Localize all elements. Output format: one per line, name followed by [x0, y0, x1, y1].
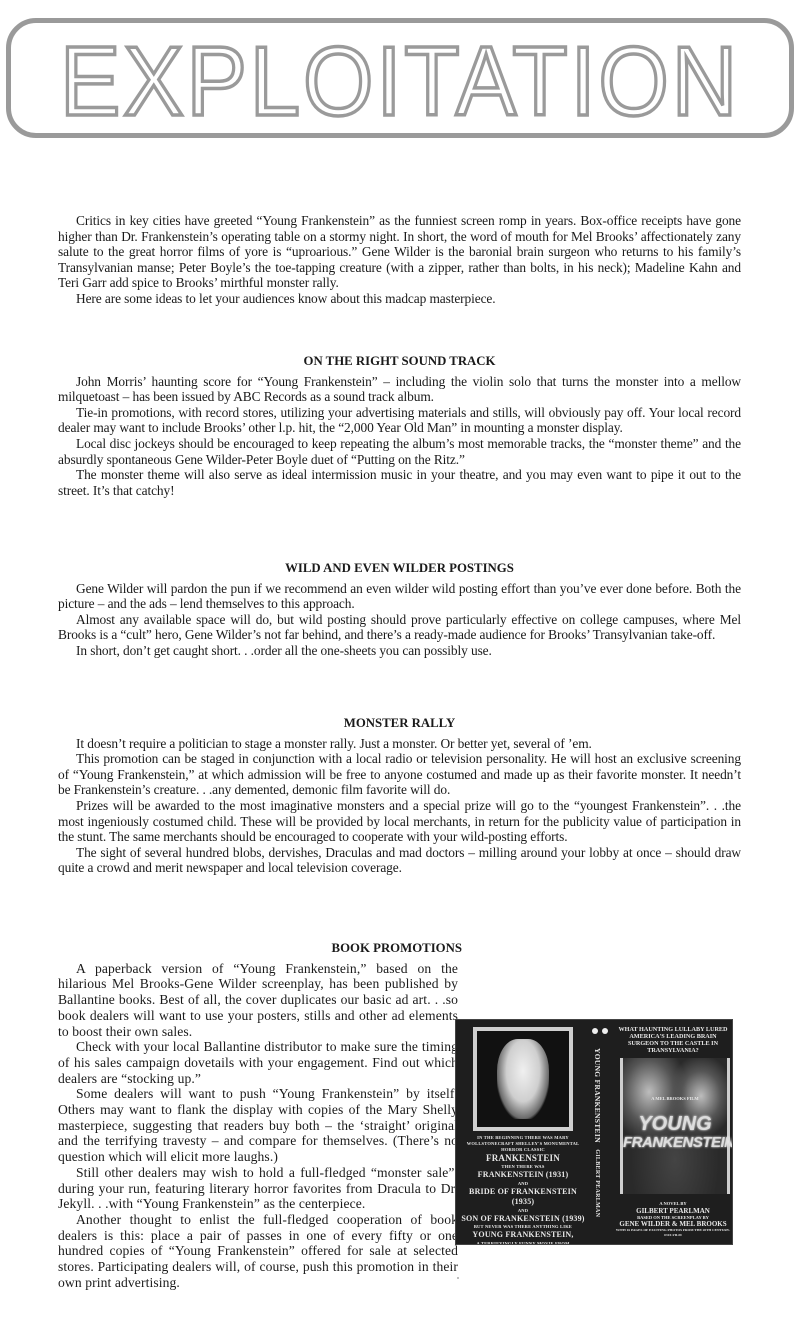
credit-author: GILBERT PEARLMAN: [614, 1207, 732, 1215]
section-heading: WILD AND EVEN WILDER POSTINGS: [58, 561, 741, 577]
section-paragraph: Check with your local Ballantine distrib…: [58, 1039, 458, 1086]
intro-paragraph: Critics in key cities have greeted “Youn…: [58, 213, 741, 291]
intro-paragraph: Here are some ideas to let your audience…: [58, 291, 741, 307]
intro-section: Critics in key cities have greeted “Youn…: [58, 213, 741, 307]
section-paragraph: Tie-in promotions, with record stores, u…: [58, 405, 741, 436]
book-back-cover: IN THE BEGINNING THERE WAS MARY WOLLSTON…: [456, 1020, 588, 1244]
front-title: YOUNG FRANKENSTEIN: [623, 1114, 727, 1151]
section-paragraph: In short, don’t get caught short. . .ord…: [58, 643, 741, 659]
title-line: YOUNG: [623, 1114, 727, 1134]
section-paragraph: John Morris’ haunting score for “Young F…: [58, 374, 741, 405]
title-line: FRANKENSTEIN: [623, 1134, 727, 1151]
spine-author: GILBERT PEARLMAN: [594, 1149, 600, 1217]
publisher-logo-icon: [592, 1028, 598, 1034]
section-book-promotions: BOOK PROMOTIONS A paperback version of “…: [58, 941, 458, 1290]
masthead-title: EXPLOITATION: [60, 26, 740, 133]
book-spine: YOUNG FRANKENSTEIN GILBERT PEARLMAN: [590, 1020, 612, 1244]
section-paragraph: Some dealers will want to push “Young Fr…: [58, 1086, 458, 1165]
back-line: SON OF FRANKENSTEIN (1939): [458, 1214, 588, 1225]
credit-screenwriters: GENE WILDER & MEL BROOKS: [614, 1220, 732, 1228]
masthead-banner: EXPLOITATION: [6, 18, 794, 138]
book-cover-image: IN THE BEGINNING THERE WAS MARY WOLLSTON…: [455, 1019, 733, 1245]
section-paragraph: The sight of several hundred blobs, derv…: [58, 845, 741, 876]
section-paragraph: Gene Wilder will pardon the pun if we re…: [58, 581, 741, 612]
spine-text: YOUNG FRANKENSTEIN GILBERT PEARLMAN: [593, 1048, 602, 1217]
masthead-title-graphic: EXPLOITATION: [11, 23, 789, 133]
back-line: FRANKENSTEIN: [458, 1153, 588, 1164]
section-paragraph: A paperback version of “Young Frankenste…: [58, 961, 458, 1040]
film-credit: A MEL BROOKS FILM: [623, 1096, 727, 1101]
section-paragraph: The monster theme will also serve as ide…: [58, 467, 741, 498]
front-cover-art: A MEL BROOKS FILM YOUNG FRANKENSTEIN: [620, 1058, 730, 1194]
section-paragraph: Prizes will be awarded to the most imagi…: [58, 798, 741, 845]
section-paragraph: Almost any available space will do, but …: [58, 612, 741, 643]
print-speck: [457, 1277, 459, 1279]
back-connector: A TERRIFYINGLY FUNNY MOVIE FROM: [458, 1241, 588, 1246]
section-heading: MONSTER RALLY: [58, 716, 741, 732]
section-monster-rally: MONSTER RALLY It doesn’t require a polit…: [58, 716, 741, 876]
back-intro: IN THE BEGINNING THERE WAS MARY WOLLSTON…: [458, 1135, 588, 1153]
book-front-cover: WHAT HAUNTING LULLABY LURED AMERICA'S LE…: [614, 1020, 732, 1244]
front-tagline: WHAT HAUNTING LULLABY LURED AMERICA'S LE…: [614, 1026, 732, 1054]
section-paragraph: It doesn’t require a politician to stage…: [58, 736, 741, 752]
section-paragraph: Another thought to enlist the full-fledg…: [58, 1212, 458, 1291]
spine-title: YOUNG FRANKENSTEIN: [593, 1048, 602, 1143]
credit-small: WITH 16 PAGES OF EXCITING PHOTOS FROM TH…: [614, 1228, 732, 1237]
section-heading: ON THE RIGHT SOUND TRACK: [58, 354, 741, 370]
back-line: FRANKENSTEIN (1931): [458, 1170, 588, 1181]
publisher-logo-icon: [602, 1028, 608, 1034]
section-sound-track: ON THE RIGHT SOUND TRACK John Morris’ ha…: [58, 354, 741, 498]
back-line: YOUNG FRANKENSTEIN,: [458, 1230, 588, 1241]
back-line: BRIDE OF FRANKENSTEIN (1935): [458, 1187, 588, 1208]
back-cover-blurb: IN THE BEGINNING THERE WAS MARY WOLLSTON…: [458, 1135, 588, 1245]
front-credits: A NOVEL BY GILBERT PEARLMAN BASED ON THE…: [614, 1201, 732, 1237]
section-paragraph: This promotion can be staged in conjunct…: [58, 751, 741, 798]
section-wild-postings: WILD AND EVEN WILDER POSTINGS Gene Wilde…: [58, 561, 741, 659]
monster-portrait-image: [473, 1027, 573, 1131]
section-heading: BOOK PROMOTIONS: [58, 941, 462, 957]
section-paragraph: Still other dealers may wish to hold a f…: [58, 1165, 458, 1212]
monster-head-icon: [497, 1039, 549, 1119]
section-paragraph: Local disc jockeys should be encouraged …: [58, 436, 741, 467]
